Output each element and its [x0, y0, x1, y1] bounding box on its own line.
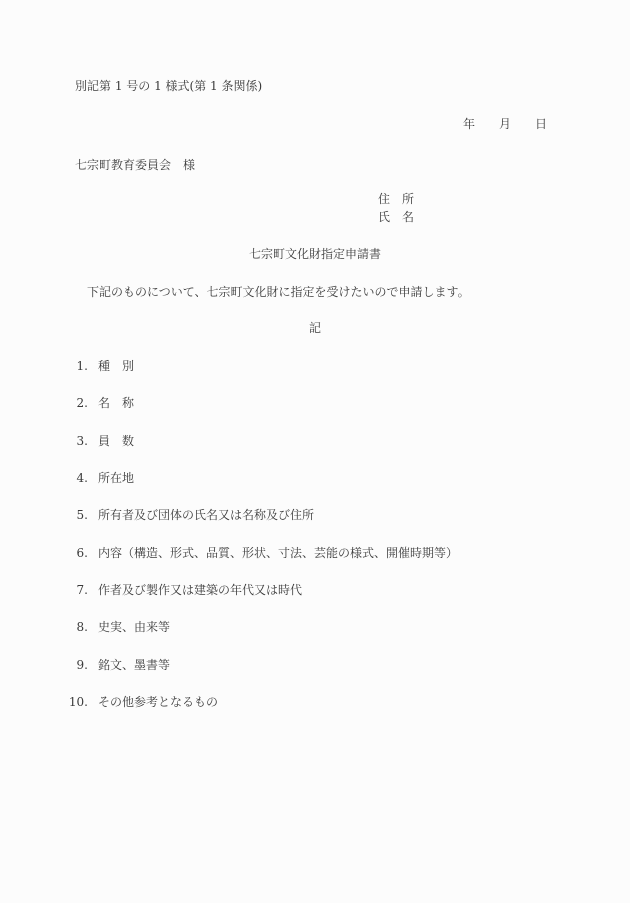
item-number: 5.: [64, 508, 88, 522]
item-label: 史実、由来等: [98, 620, 170, 634]
list-header: 記: [0, 321, 630, 335]
item-number: 6.: [64, 546, 88, 560]
body-text: 下記のものについて、七宗町文化財に指定を受けたいので申請します。: [87, 285, 470, 299]
item-label: 作者及び製作又は建築の年代又は時代: [98, 583, 302, 597]
list-item-3: 3.員 数: [64, 434, 134, 448]
form-number: 別記第 1 号の 1 様式(第 1 条関係): [75, 79, 262, 93]
item-label: 所在地: [98, 471, 134, 485]
name-label: 氏 名: [378, 210, 414, 224]
addressee: 七宗町教育委員会 様: [75, 158, 195, 172]
item-label: 内容（構造、形式、品質、形状、寸法、芸能の様式、開催時期等）: [98, 546, 458, 560]
list-item-9: 9.銘文、墨書等: [64, 658, 170, 672]
item-number: 10.: [64, 695, 88, 709]
item-number: 9.: [64, 658, 88, 672]
list-item-6: 6.内容（構造、形式、品質、形状、寸法、芸能の様式、開催時期等）: [64, 546, 458, 560]
item-number: 8.: [64, 620, 88, 634]
item-label: 種 別: [98, 359, 134, 373]
item-label: その他参考となるもの: [98, 695, 218, 709]
list-item-2: 2.名 称: [64, 396, 134, 410]
item-label: 銘文、墨書等: [98, 658, 170, 672]
list-item-4: 4.所在地: [64, 471, 134, 485]
item-number: 4.: [64, 471, 88, 485]
item-label: 名 称: [98, 396, 134, 410]
item-number: 1.: [64, 359, 88, 373]
list-item-10: 10.その他参考となるもの: [64, 695, 218, 709]
item-number: 7.: [64, 583, 88, 597]
item-label: 員 数: [98, 434, 134, 448]
document-page: 別記第 1 号の 1 様式(第 1 条関係) 年 月 日 七宗町教育委員会 様 …: [0, 0, 630, 903]
list-item-5: 5.所有者及び団体の氏名又は名称及び住所: [64, 508, 314, 522]
item-number: 3.: [64, 434, 88, 448]
list-item-1: 1.種 別: [64, 359, 134, 373]
list-item-8: 8.史実、由来等: [64, 620, 170, 634]
list-item-7: 7.作者及び製作又は建築の年代又は時代: [64, 583, 302, 597]
address-label: 住 所: [378, 192, 414, 206]
item-label: 所有者及び団体の氏名又は名称及び住所: [98, 508, 314, 522]
page-title: 七宗町文化財指定申請書: [0, 247, 630, 261]
date-line: 年 月 日: [463, 117, 547, 131]
item-number: 2.: [64, 396, 88, 410]
